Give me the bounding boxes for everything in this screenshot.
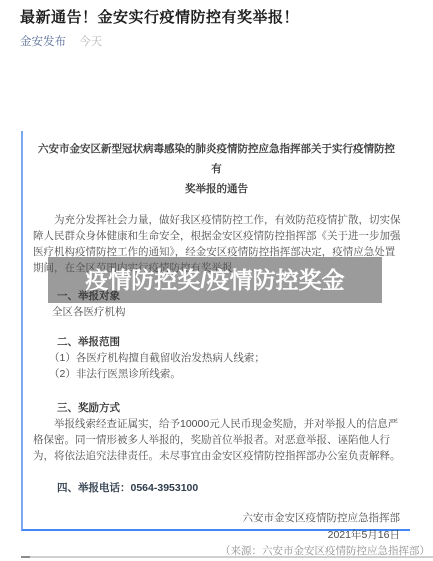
publish-time: 今天 [79,36,102,48]
intro-line: 为充分发挥社会力量，做好我区疫情防控工作，有效防范疫情扩散，切实保 [33,212,400,228]
section-scope-heading: 二、举报范围 [33,334,400,350]
signature-org: 六安市金安区疫情防控应急指挥部 [33,510,400,527]
article-page: 最新通告！金安实行疫情防控有奖举报！ 金安发布 今天 六安市金安区新型冠状病毒感… [0,0,433,561]
notice-heading-line2: 奖举报的通告 [33,179,400,199]
reward-line: 举报线索经查证属实，给予10000元人民币现金奖励，并对举报人的信息严 [33,416,400,432]
notice-heading-line1: 六安市金安区新型冠状病毒感染的肺炎疫情防控应急指挥部关于实行疫情防控有 [33,139,400,179]
reward-line: 格保密。同一情形被多人举报的，奖励首位举报者。对恶意举报、诬陷他人行 [33,432,400,448]
intro-line: 障人民群众身体健康和生命安全，根据金安区疫情防控指挥部《关于进一步加强 [33,228,400,244]
article-title: 最新通告！金安实行疫情防控有奖举报！ [20,6,299,27]
bottom-divider [21,556,433,558]
section-reward: 三、奖励方式 举报线索经查证属实，给予10000元人民币现金奖励，并对举报人的信… [33,400,400,464]
account-name-link[interactable]: 金安发布 [20,36,66,48]
scope-item: （1）各医疗机构擅自截留收治发热病人线索； [33,350,400,366]
notice-heading: 六安市金安区新型冠状病毒感染的肺炎疫情防控应急指挥部关于实行疫情防控有 奖举报的… [33,139,400,199]
section-reward-heading: 三、奖励方式 [33,400,400,416]
scope-item: （2）非法行医黑诊所线索。 [33,366,400,382]
article-meta: 金安发布 今天 [20,33,102,49]
section-targets-content: 全区各医疗机构 [33,304,400,320]
divider-cap [21,556,30,558]
notice-box: 六安市金安区新型冠状病毒感染的肺炎疫情防控应急指挥部关于实行疫情防控有 奖举报的… [21,131,410,531]
reward-line: 为，将依法追究法律责任。未尽事宜由金安区疫情防控指挥部办公室负责解释。 [33,448,400,464]
watermark-banner-text: 疫情防控奖/疫情防控奖金 [48,257,382,303]
signature-date: 2021年5月16日 [33,527,400,544]
section-scope: 二、举报范围 （1）各医疗机构擅自截留收治发热病人线索； （2）非法行医黑诊所线… [33,334,400,382]
section-hotline: 四、举报电话：0564-3953100 [33,480,400,496]
signature-block: 六安市金安区疫情防控应急指挥部 2021年5月16日 [33,510,400,544]
